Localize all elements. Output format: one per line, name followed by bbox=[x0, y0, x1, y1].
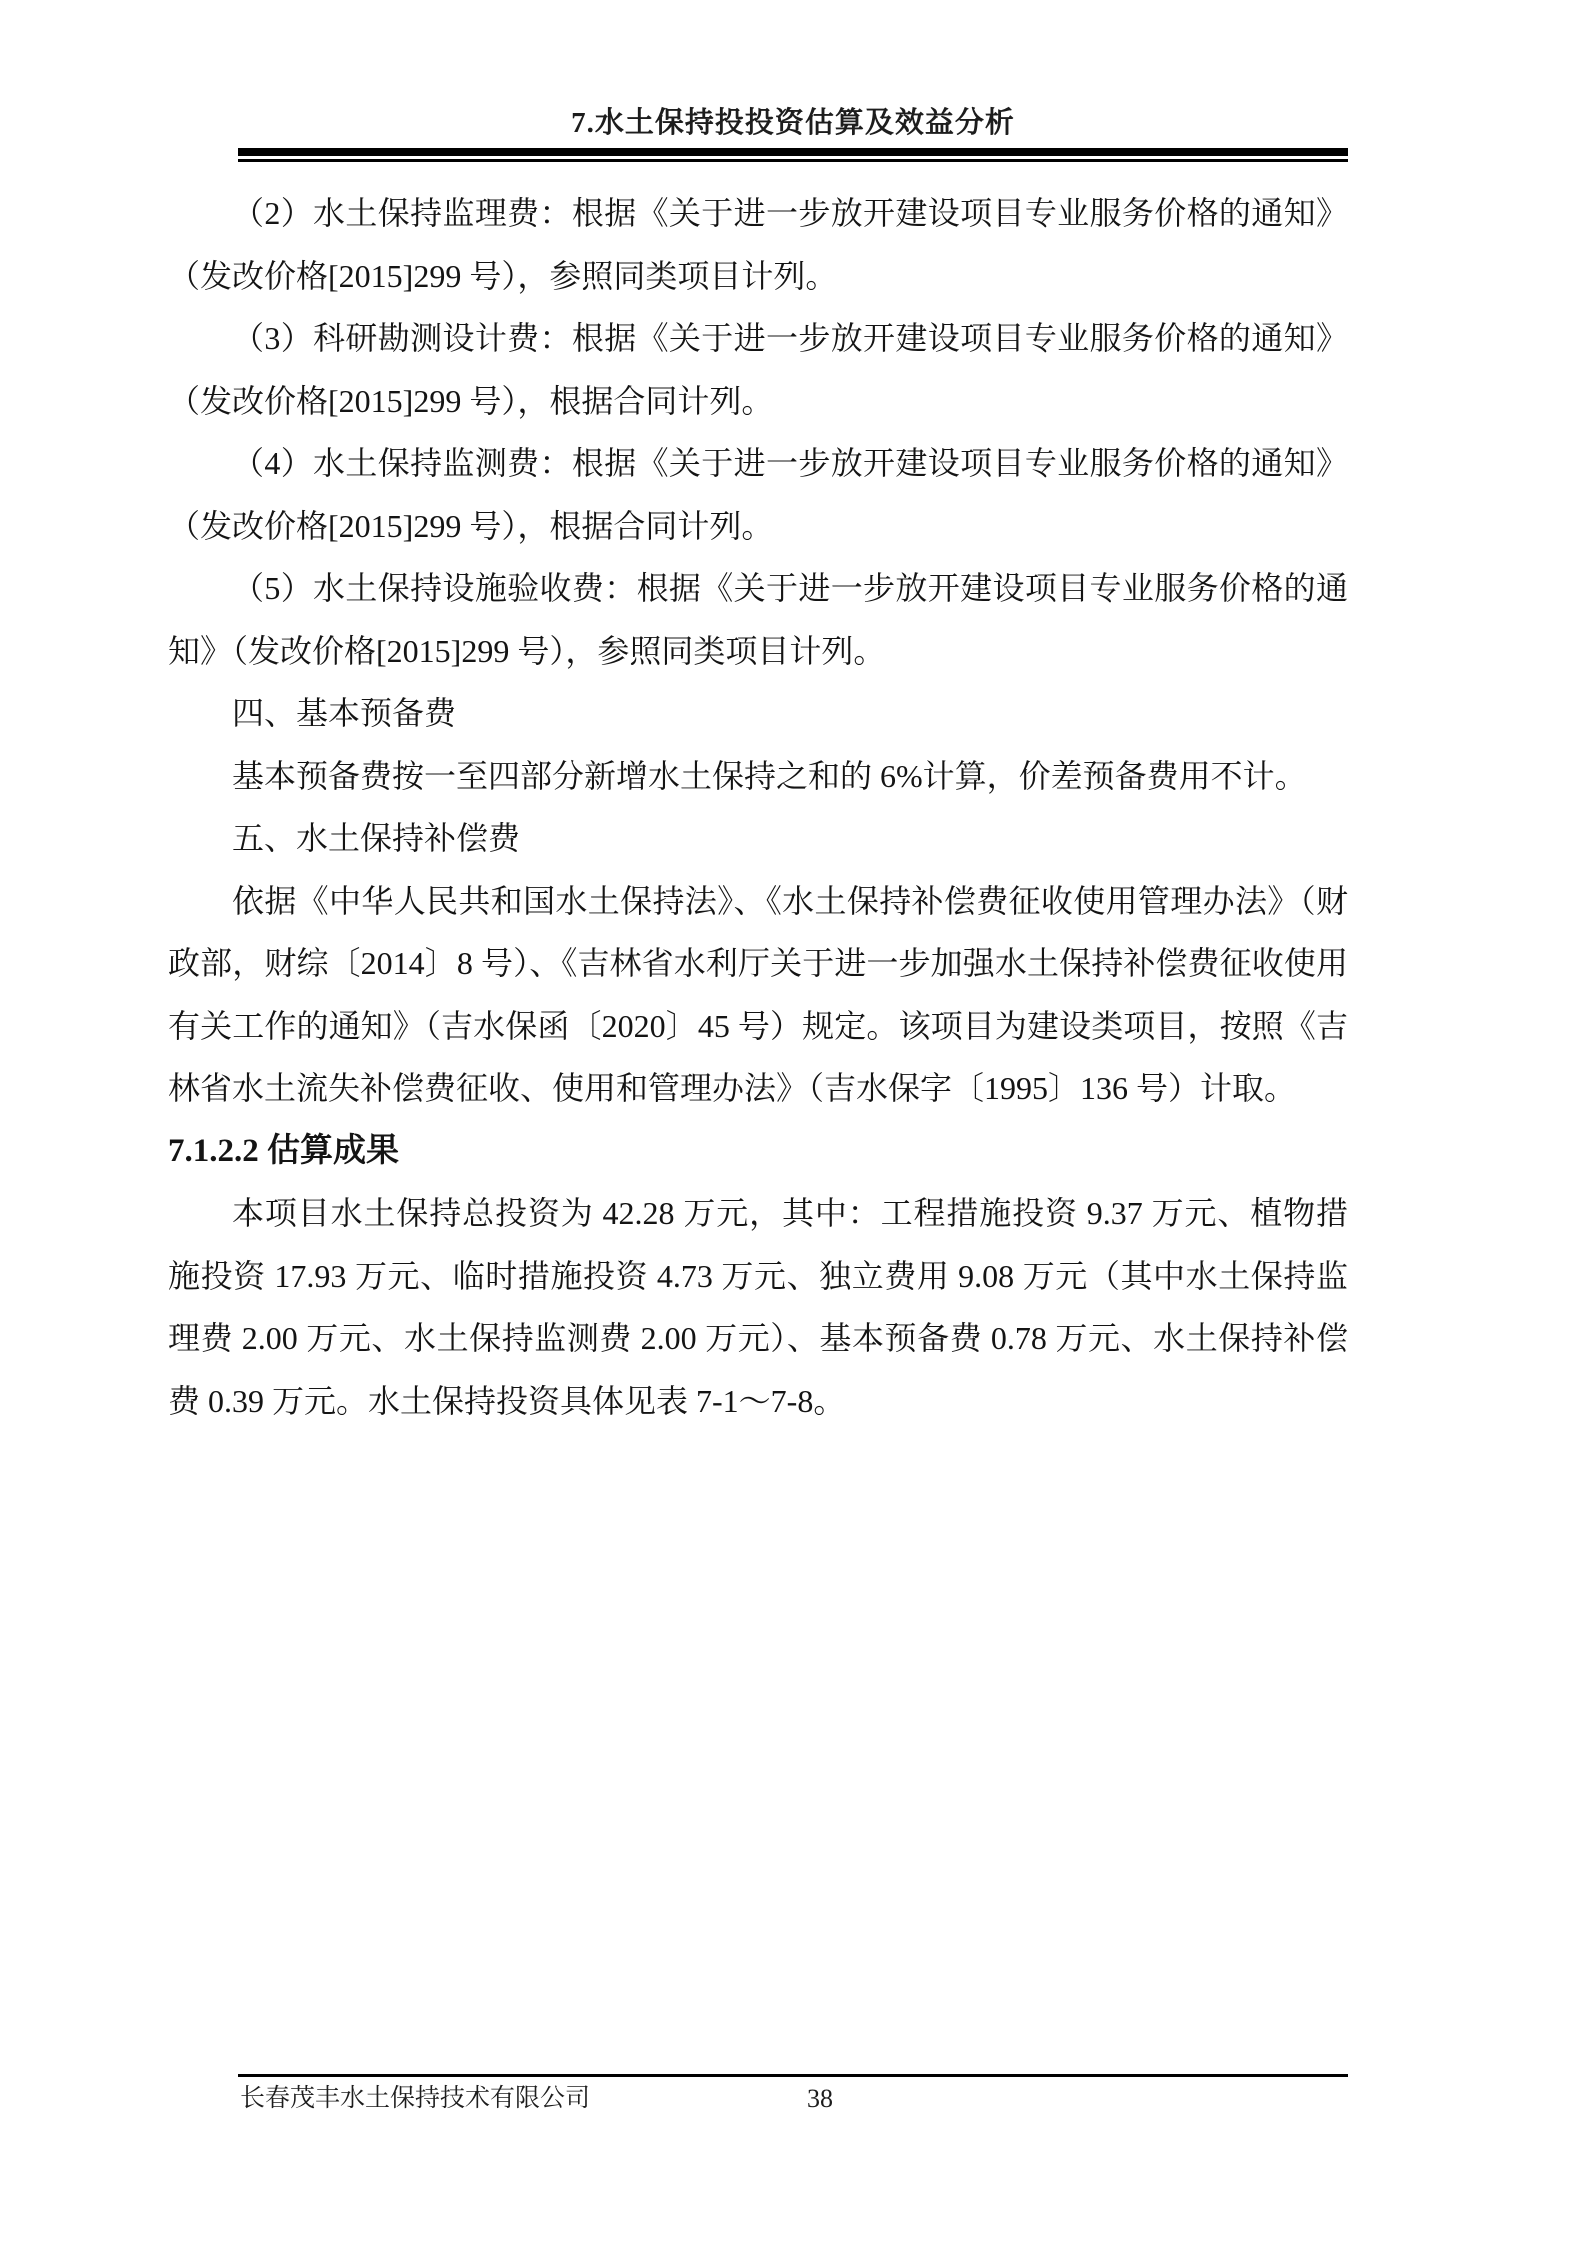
paragraph: （4）水土保持监测费：根据《关于进一步放开建设项目专业服务价格的通知》（发改价格… bbox=[168, 432, 1348, 557]
footer-company-name: 长春茂丰水土保持技术有限公司 bbox=[240, 2083, 590, 2115]
paragraph: （2）水土保持监理费：根据《关于进一步放开建设项目专业服务价格的通知》（发改价格… bbox=[168, 182, 1348, 307]
page-number: 38 bbox=[760, 2083, 880, 2115]
paragraph: 依据《中华人民共和国水土保持法》、《水土保持补偿费征收使用管理办法》（财政部，财… bbox=[168, 870, 1348, 1120]
paragraph: （5）水土保持设施验收费：根据《关于进一步放开建设项目专业服务价格的通知》（发改… bbox=[168, 557, 1348, 682]
header-title: 7.水土保持投投资估算及效益分析 bbox=[238, 104, 1348, 142]
paragraph: 四、基本预备费 bbox=[168, 682, 1348, 745]
footer-divider-rule bbox=[238, 2074, 1348, 2077]
paragraph: 五、水土保持补偿费 bbox=[168, 807, 1348, 870]
paragraph: 基本预备费按一至四部分新增水土保持之和的 6%计算，价差预备费用不计。 bbox=[168, 745, 1348, 808]
document-page: 7.水土保持投投资估算及效益分析 （2）水土保持监理费：根据《关于进一步放开建设… bbox=[0, 0, 1587, 2245]
document-body: （2）水土保持监理费：根据《关于进一步放开建设项目专业服务价格的通知》（发改价格… bbox=[168, 182, 1348, 1432]
paragraph: 本项目水土保持总投资为 42.28 万元，其中：工程措施投资 9.37 万元、植… bbox=[168, 1182, 1348, 1432]
header-divider-rule bbox=[238, 148, 1348, 162]
paragraph: （3）科研勘测设计费：根据《关于进一步放开建设项目专业服务价格的通知》（发改价格… bbox=[168, 307, 1348, 432]
section-heading: 7.1.2.2 估算成果 bbox=[168, 1120, 1348, 1183]
